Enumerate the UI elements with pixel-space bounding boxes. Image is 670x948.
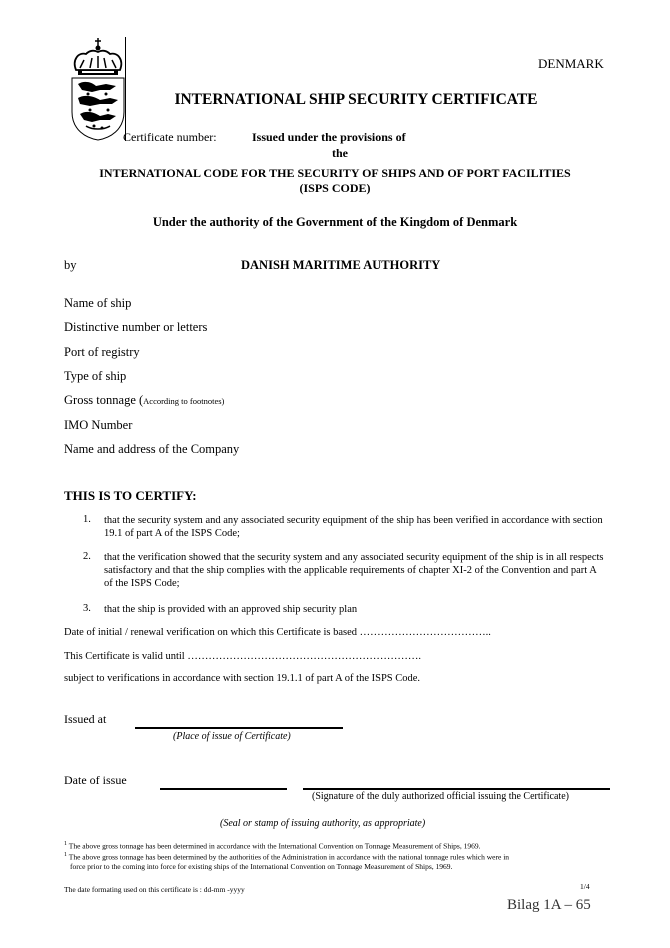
issued-at-label: Issued at [64, 712, 106, 727]
issuer-name: DANISH MARITIME AUTHORITY [241, 258, 440, 273]
field-name-of-ship: Name of ship [64, 296, 131, 311]
place-of-issue-line [135, 727, 343, 729]
footnote-continuation: force prior to the coming into force for… [70, 862, 452, 871]
certify-item-number: 2. [83, 551, 91, 562]
certificate-title: INTERNATIONAL SHIP SECURITY CERTIFICATE [0, 91, 670, 109]
page-number: 1/4 [580, 882, 590, 891]
date-of-issue-line [160, 788, 287, 790]
certify-heading: THIS IS TO CERTIFY: [64, 488, 197, 504]
verification-date-line: Date of initial / renewal verification o… [64, 627, 491, 638]
certify-item: that the ship is provided with an approv… [104, 603, 604, 616]
place-of-issue-caption: (Place of issue of Certificate) [173, 731, 291, 742]
certify-item: that the security system and any associa… [104, 514, 604, 540]
issued-under-text: Issued under the provisions of [252, 130, 406, 145]
field-company-address: Name and address of the Company [64, 442, 239, 457]
danish-coat-of-arms-icon [70, 36, 126, 142]
country-label: DENMARK [538, 56, 604, 72]
signature-caption: (Signature of the duly authorized offici… [312, 791, 569, 802]
field-gross-tonnage: Gross tonnage (According to footnotes) [64, 393, 224, 408]
certificate-number-label: Certificate number: [123, 130, 217, 145]
subject-to-line: subject to verifications in accordance w… [64, 673, 420, 684]
seal-caption: (Seal or stamp of issuing authority, as … [220, 818, 425, 829]
date-of-issue-label: Date of issue [64, 773, 127, 788]
isps-code-abbrev: (ISPS CODE) [0, 181, 670, 196]
issued-under-text-2: the [0, 146, 670, 161]
certify-item: that the verification showed that the se… [104, 551, 604, 590]
footnote: 1 The above gross tonnage has been deter… [64, 840, 480, 851]
certify-item-number: 3. [83, 603, 91, 614]
footnote: 1 The above gross tonnage has been deter… [64, 851, 509, 862]
field-port-of-registry: Port of registry [64, 345, 140, 360]
signature-line [303, 788, 610, 790]
valid-until-line: This Certificate is valid until ……………………… [64, 651, 421, 662]
authority-statement: Under the authority of the Government of… [0, 215, 670, 230]
field-type-of-ship: Type of ship [64, 369, 126, 384]
field-distinctive-number: Distinctive number or letters [64, 320, 207, 335]
isps-code-title: INTERNATIONAL CODE FOR THE SECURITY OF S… [0, 166, 670, 181]
by-label: by [64, 258, 77, 273]
certify-item-number: 1. [83, 514, 91, 525]
annex-reference: Bilag 1A – 65 [507, 897, 591, 914]
field-imo-number: IMO Number [64, 418, 132, 433]
emblem-rule [125, 37, 126, 141]
date-format-note: The date formating used on this certific… [64, 885, 245, 894]
